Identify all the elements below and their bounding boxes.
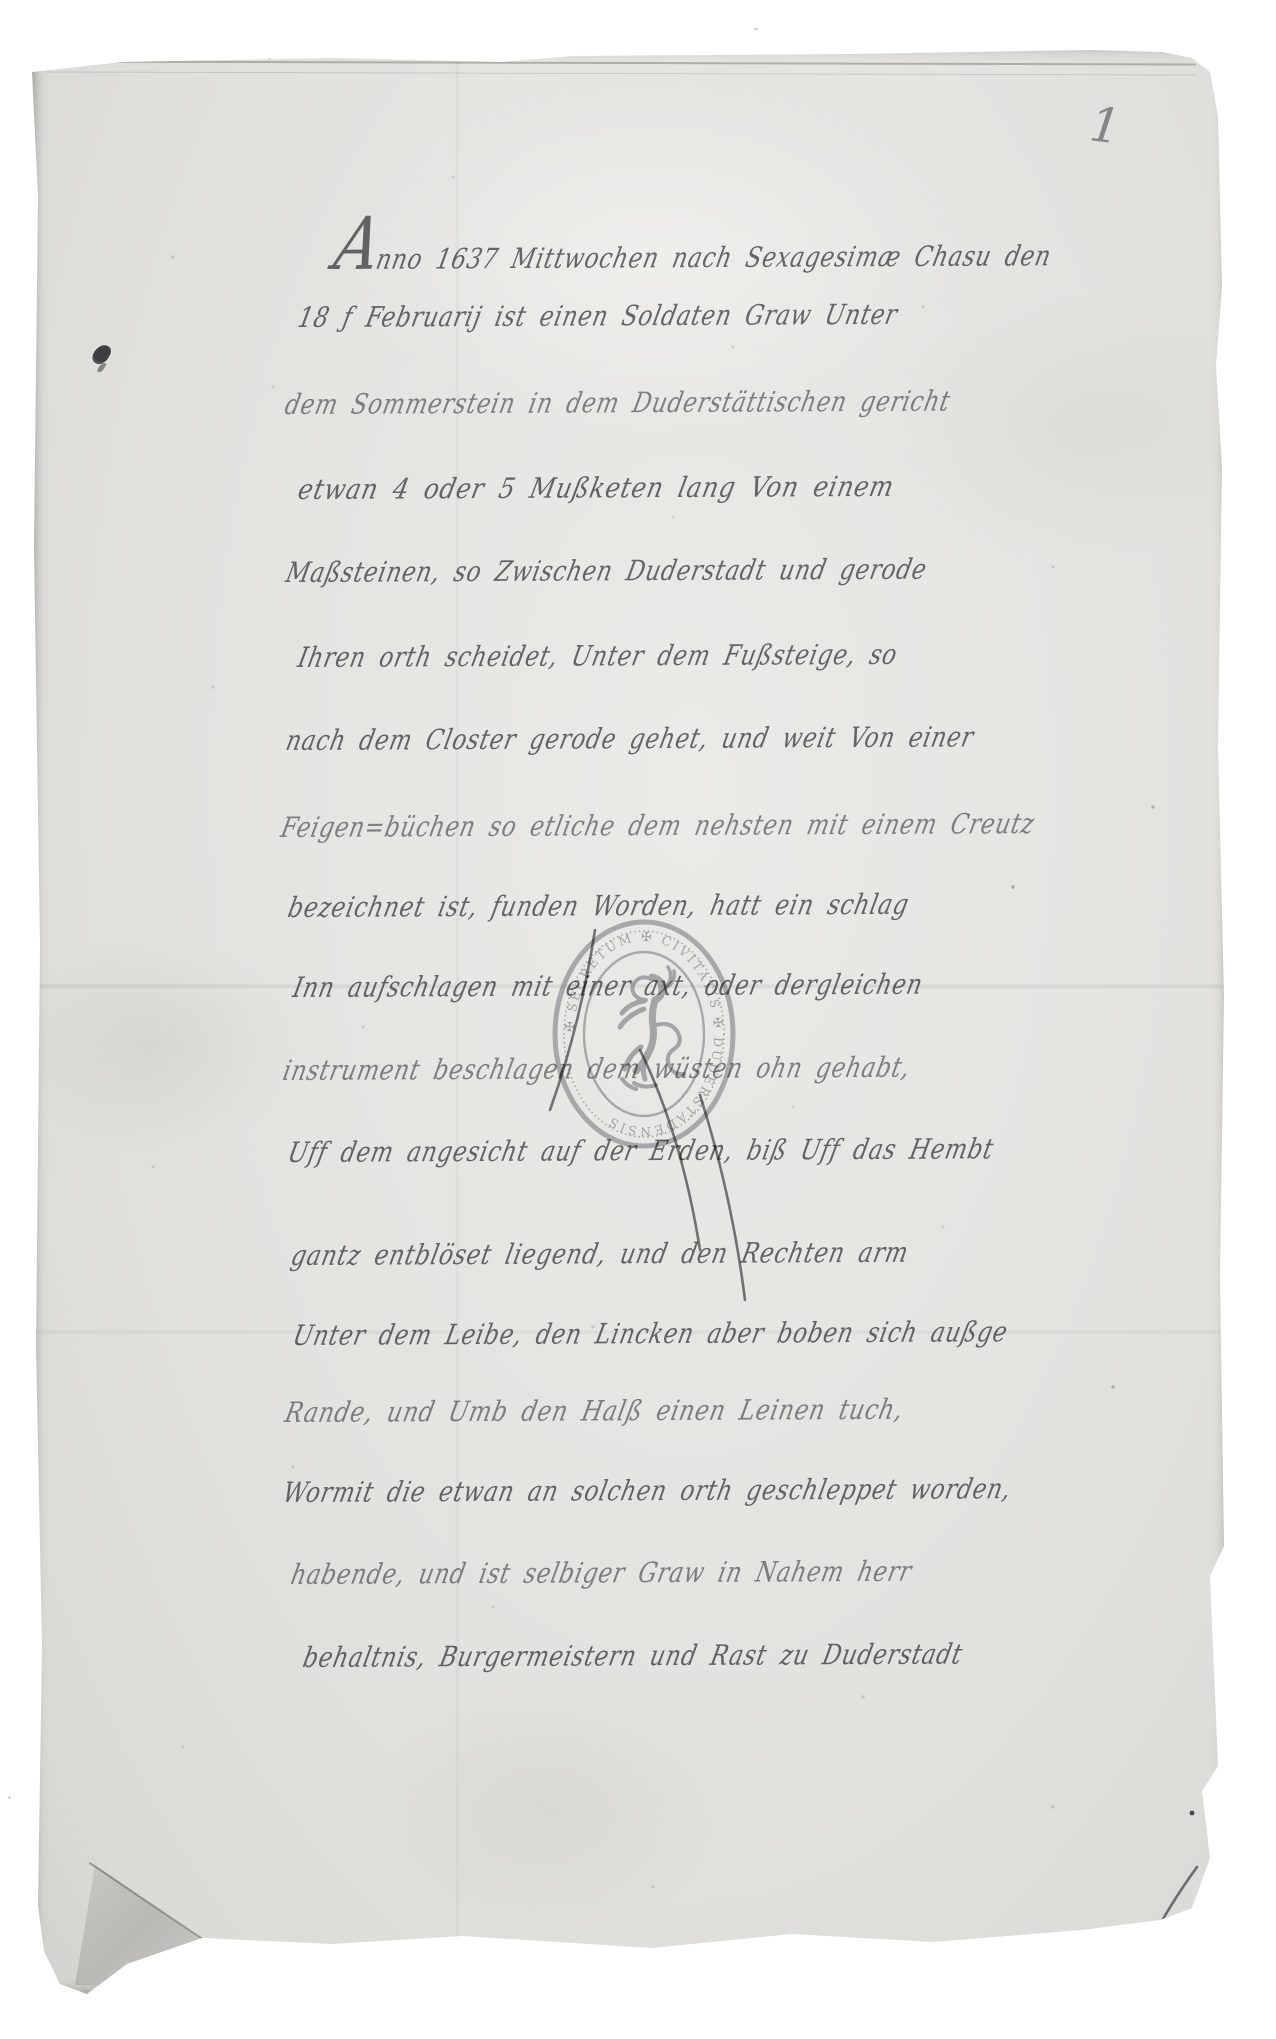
paper-speckles: [32, 46, 34, 48]
ink-speck: [1190, 1811, 1195, 1816]
scan-speck: [754, 28, 758, 30]
pen-tick: [1152, 1938, 1178, 1958]
scanned-document: 1 Anno 1637 Mittwochen nach Sexagesimæ C…: [0, 0, 1276, 2039]
pen-stroke: [550, 930, 595, 1110]
pen-stroke: [640, 1050, 700, 1250]
manuscript-page: 1 Anno 1637 Mittwochen nach Sexagesimæ C…: [32, 46, 1228, 1996]
pen-strokes: [32, 46, 1228, 1996]
ink-speck: [1120, 1983, 1125, 1988]
scan-speck: [8, 1796, 11, 1799]
pen-flourish: [1130, 1867, 1197, 1987]
pen-stroke: [700, 1095, 745, 1300]
